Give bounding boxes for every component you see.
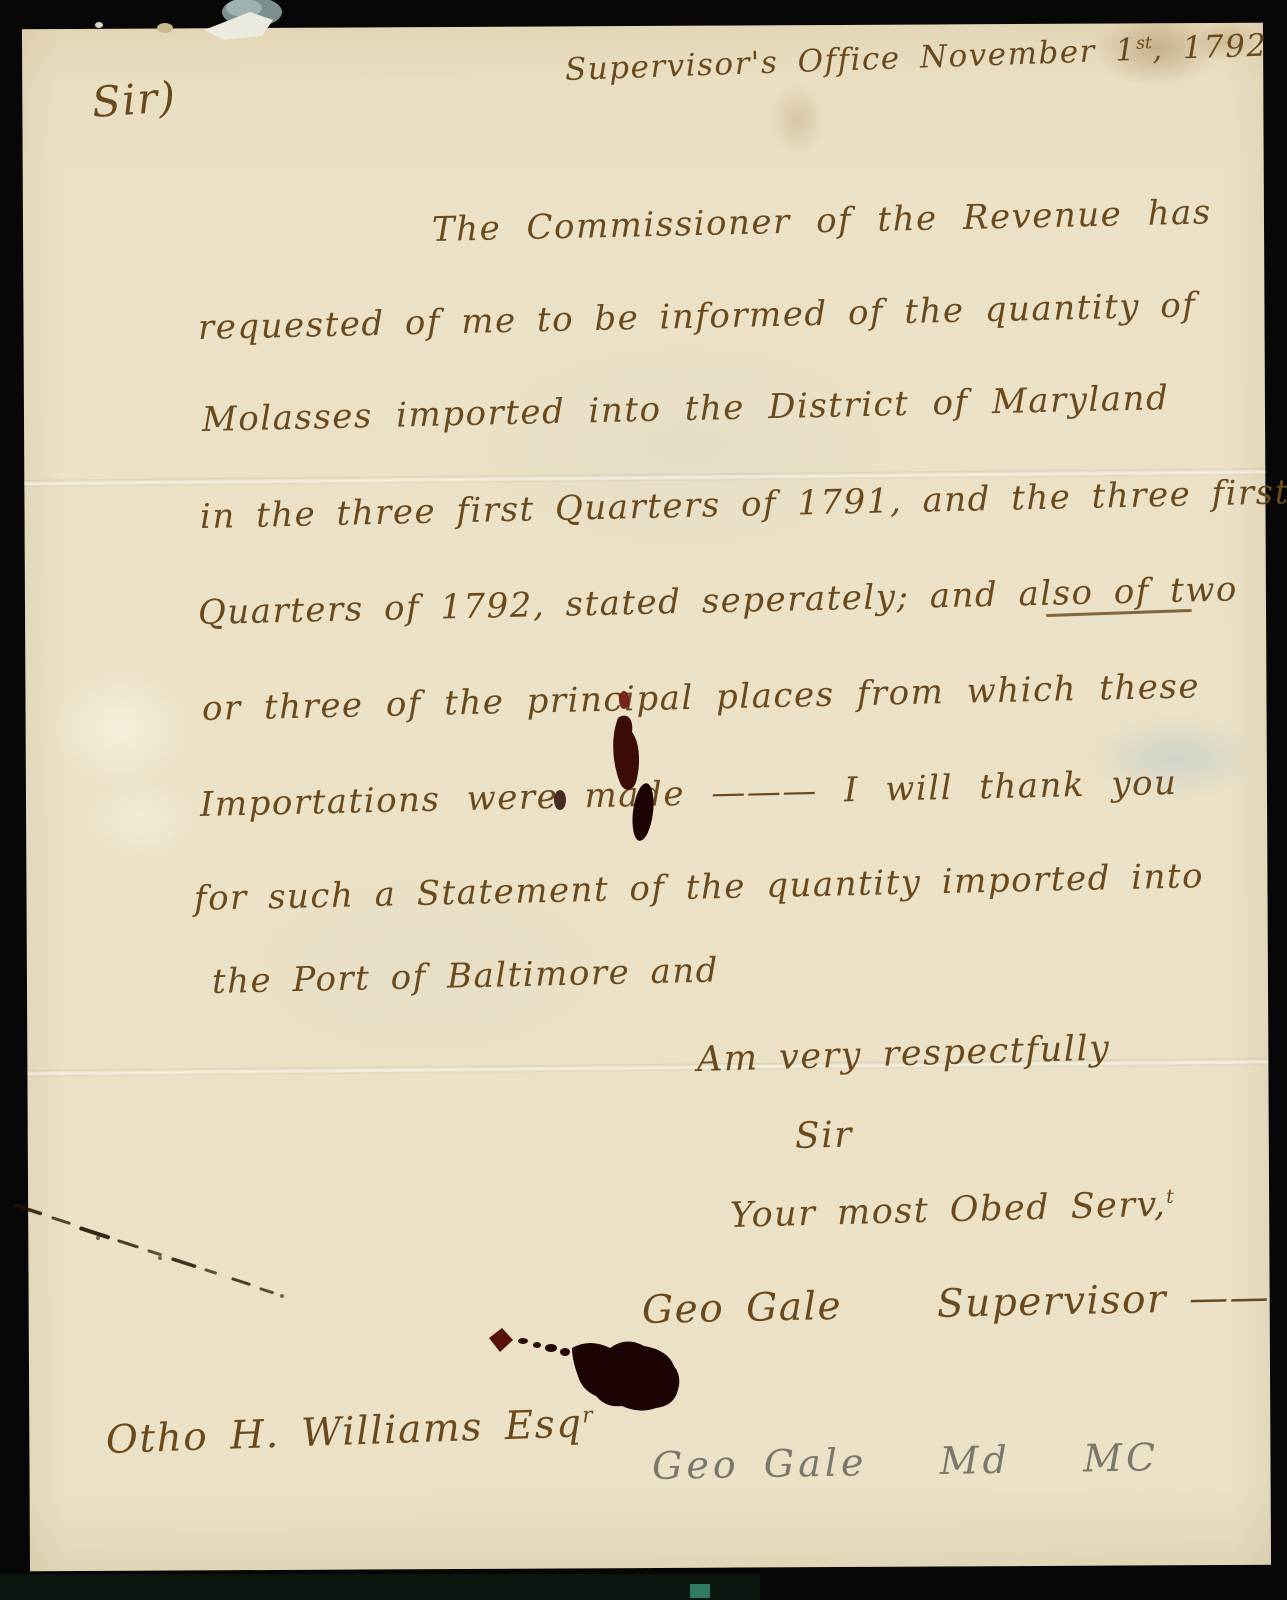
salutation: Sir): [90, 72, 178, 127]
signature-title: Supervisor ——: [937, 1275, 1271, 1327]
servant-superscript: t: [1166, 1185, 1174, 1208]
bottom-edge-fragments: [0, 1574, 760, 1600]
pencil-docket-note: Geo Gale Md MC: [652, 1435, 1160, 1488]
dateline-superscript: st: [1136, 33, 1152, 54]
dateline-year: , 1792: [1151, 27, 1268, 67]
addressee-superscript: r: [582, 1403, 593, 1428]
closing-line-2: Sir: [794, 1114, 853, 1157]
signature-name: Geo Gale: [642, 1284, 843, 1333]
